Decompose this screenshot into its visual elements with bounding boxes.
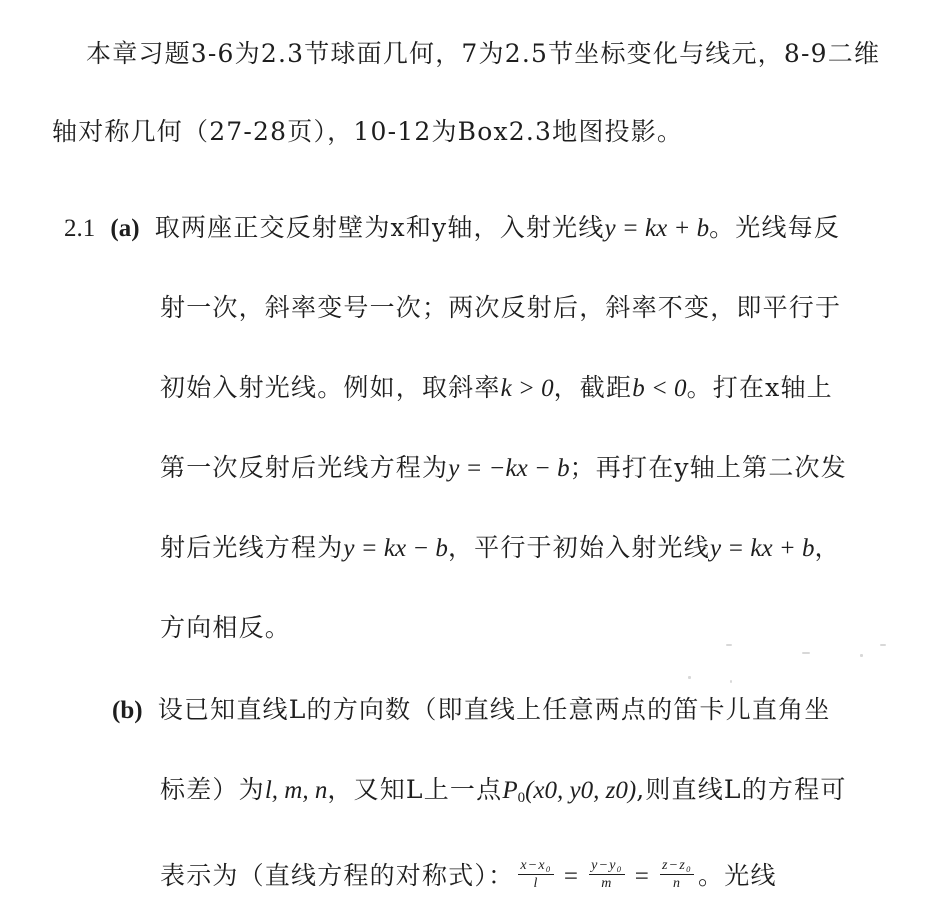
part-b-text-3a: 表示为（直线方程的对称式）： (160, 861, 514, 890)
equals-sign: = (564, 863, 579, 890)
part-a-text-3b: ，截距 (554, 373, 633, 402)
fraction-x: x−x₀l (518, 858, 554, 891)
part-a-text-3a: 初始入射光线。例如，取斜率 (160, 373, 501, 402)
problem-2-1-a-line-2: 射一次，斜率变号一次；两次反射后，斜率不变，即平行于 (160, 292, 841, 324)
part-a-text-4b: ；再打在y轴上第二次发 (570, 453, 847, 482)
fraction-z-numerator: z−z₀ (660, 858, 694, 875)
math-p-subscript: 0 (518, 790, 526, 806)
part-b-text-1: 设已知直线L的方向数（即直线上任意两点的笛卡儿直角坐 (158, 695, 831, 724)
intro-line-2: 轴对称几何（27-28页），10-12为Box2.3地图投影。 (52, 116, 683, 148)
problem-2-1-a-line-5: 射后光线方程为y = kx − b，平行于初始入射光线y = kx + b， (160, 532, 841, 565)
scan-speck (802, 652, 810, 654)
part-b-text-2c: ,则直线L的方程可 (636, 775, 846, 804)
math-p-symbol: P (502, 777, 517, 804)
equals-sign: = (635, 863, 650, 890)
math-p0-coordinates: (x0, y0, z0) (525, 777, 636, 804)
intro-text-1: 本章习题3-6为2.3节球面几何，7为2.5节坐标变化与线元，8-9二维 (86, 39, 880, 68)
part-a-text-6: 方向相反。 (160, 613, 291, 642)
math-direction-numbers: l, m, n (265, 777, 328, 804)
part-a-text-1: 取两座正交反射壁为x和y轴，入射光线 (155, 213, 605, 242)
problem-2-1-a-line-6: 方向相反。 (160, 612, 291, 644)
problem-2-1-b-line-2: 标差）为l, m, n，又知L上一点P0(x0, y0, z0),则直线L的方程… (160, 774, 847, 814)
intro-line-1: 本章习题3-6为2.3节球面几何，7为2.5节坐标变化与线元，8-9二维 (86, 38, 880, 70)
problem-2-1-b-line-1: (b) 设已知直线L的方向数（即直线上任意两点的笛卡儿直角坐 (112, 694, 831, 727)
intro-text-2: 轴对称几何（27-28页），10-12为Box2.3地图投影。 (52, 117, 683, 146)
scanned-document-page: 本章习题3-6为2.3节球面几何，7为2.5节坐标变化与线元，8-9二维 轴对称… (0, 0, 952, 920)
fraction-y-denominator: m (589, 875, 625, 891)
math-incident-ray: y = kx + b (605, 215, 710, 242)
part-a-text-4a: 第一次反射后光线方程为 (160, 453, 448, 482)
math-first-reflection: y = −kx − b (448, 455, 569, 482)
scan-speck (860, 654, 863, 657)
part-b-text-3b: 。光线 (698, 861, 777, 890)
part-b-label: (b) (112, 697, 143, 724)
problem-number: 2.1 (64, 215, 95, 242)
math-point-p0: P0(x0, y0, z0) (502, 777, 636, 804)
problem-2-1-a-line-3: 初始入射光线。例如，取斜率k > 0，截距b < 0。打在x轴上 (160, 372, 833, 405)
fraction-x-numerator: x−x₀ (518, 858, 554, 875)
problem-2-1-a-line-1: 2.1 (a) 取两座正交反射壁为x和y轴，入射光线y = kx + b。光线每… (64, 212, 840, 245)
part-a-text-3c: 。打在x轴上 (687, 373, 833, 402)
fraction-z: z−z₀n (660, 858, 694, 891)
problem-2-1-a-line-4: 第一次反射后光线方程为y = −kx − b；再打在y轴上第二次发 (160, 452, 847, 485)
scan-speck (730, 680, 732, 683)
math-slope-condition: k > 0 (501, 375, 554, 402)
fraction-y-numerator: y−y₀ (589, 858, 625, 875)
part-b-text-2a: 标差）为 (160, 775, 265, 804)
fraction-x-denominator: l (518, 875, 554, 891)
math-intercept-condition: b < 0 (632, 375, 686, 402)
part-a-tail-1: 。光线每反 (709, 213, 840, 242)
part-a-text-5a: 射后光线方程为 (160, 533, 343, 562)
part-a-text-5c: ， (814, 533, 840, 562)
part-a-text-2: 射一次，斜率变号一次；两次反射后，斜率不变，即平行于 (160, 293, 841, 322)
part-a-label: (a) (110, 215, 139, 242)
scan-speck (880, 644, 886, 646)
scan-speck (726, 644, 732, 646)
math-second-reflection: y = kx − b (343, 535, 448, 562)
math-initial-ray: y = kx + b (710, 535, 815, 562)
part-b-text-2b: ，又知L上一点 (327, 775, 502, 804)
problem-2-1-b-line-3: 表示为（直线方程的对称式）：x−x₀l=y−y₀m=z−z₀n。光线 (160, 860, 777, 894)
fraction-z-denominator: n (660, 875, 694, 891)
fraction-y: y−y₀m (589, 858, 625, 891)
part-a-text-5b: ，平行于初始入射光线 (448, 533, 710, 562)
scan-speck (688, 676, 691, 679)
